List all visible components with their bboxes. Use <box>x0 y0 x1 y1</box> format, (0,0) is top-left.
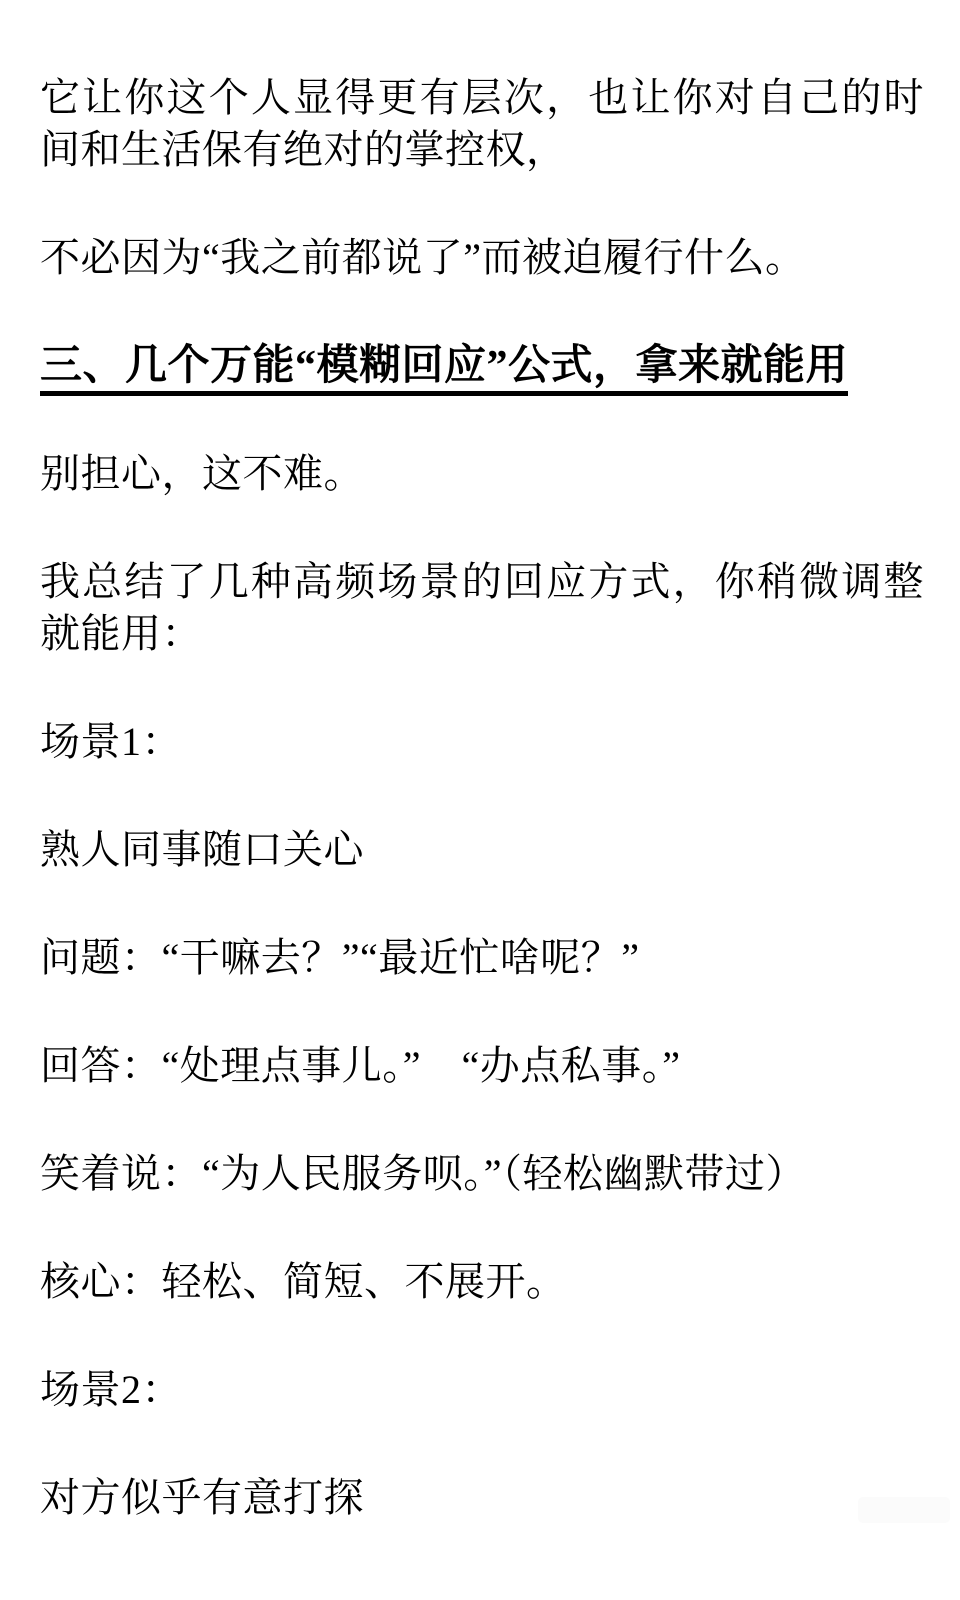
watermark <box>858 1497 950 1523</box>
scene-1-label: 场景1： <box>40 716 924 768</box>
section-heading: 三、几个万能“模糊回应”公式，拿来就能用 <box>40 340 924 392</box>
paragraph: 别担心，这不难。 <box>40 448 924 500</box>
document-page: 它让你这个人显得更有层次，也让你对自己的时间和生活保有绝对的掌控权， 不必因为“… <box>0 0 960 1600</box>
paragraph: 不必因为“我之前都说了”而被迫履行什么。 <box>40 232 924 284</box>
paragraph: 我总结了几种高频场景的回应方式，你稍微调整就能用： <box>40 556 924 660</box>
paragraph: 熟人同事随口关心 <box>40 824 924 876</box>
paragraph: 对方似乎有意打探 <box>40 1472 924 1524</box>
section-heading-text: 三、几个万能“模糊回应”公式，拿来就能用 <box>40 343 848 396</box>
paragraph: 问题：“干嘛去？”“最近忙啥呢？” <box>40 932 924 984</box>
paragraph: 核心：轻松、简短、不展开。 <box>40 1256 924 1308</box>
scene-2-label: 场景2： <box>40 1364 924 1416</box>
paragraph: 它让你这个人显得更有层次，也让你对自己的时间和生活保有绝对的掌控权， <box>40 72 924 176</box>
paragraph: 笑着说：“为人民服务呗。”（轻松幽默带过） <box>40 1148 924 1200</box>
paragraph: 回答：“处理点事儿。” “办点私事。” <box>40 1040 924 1092</box>
